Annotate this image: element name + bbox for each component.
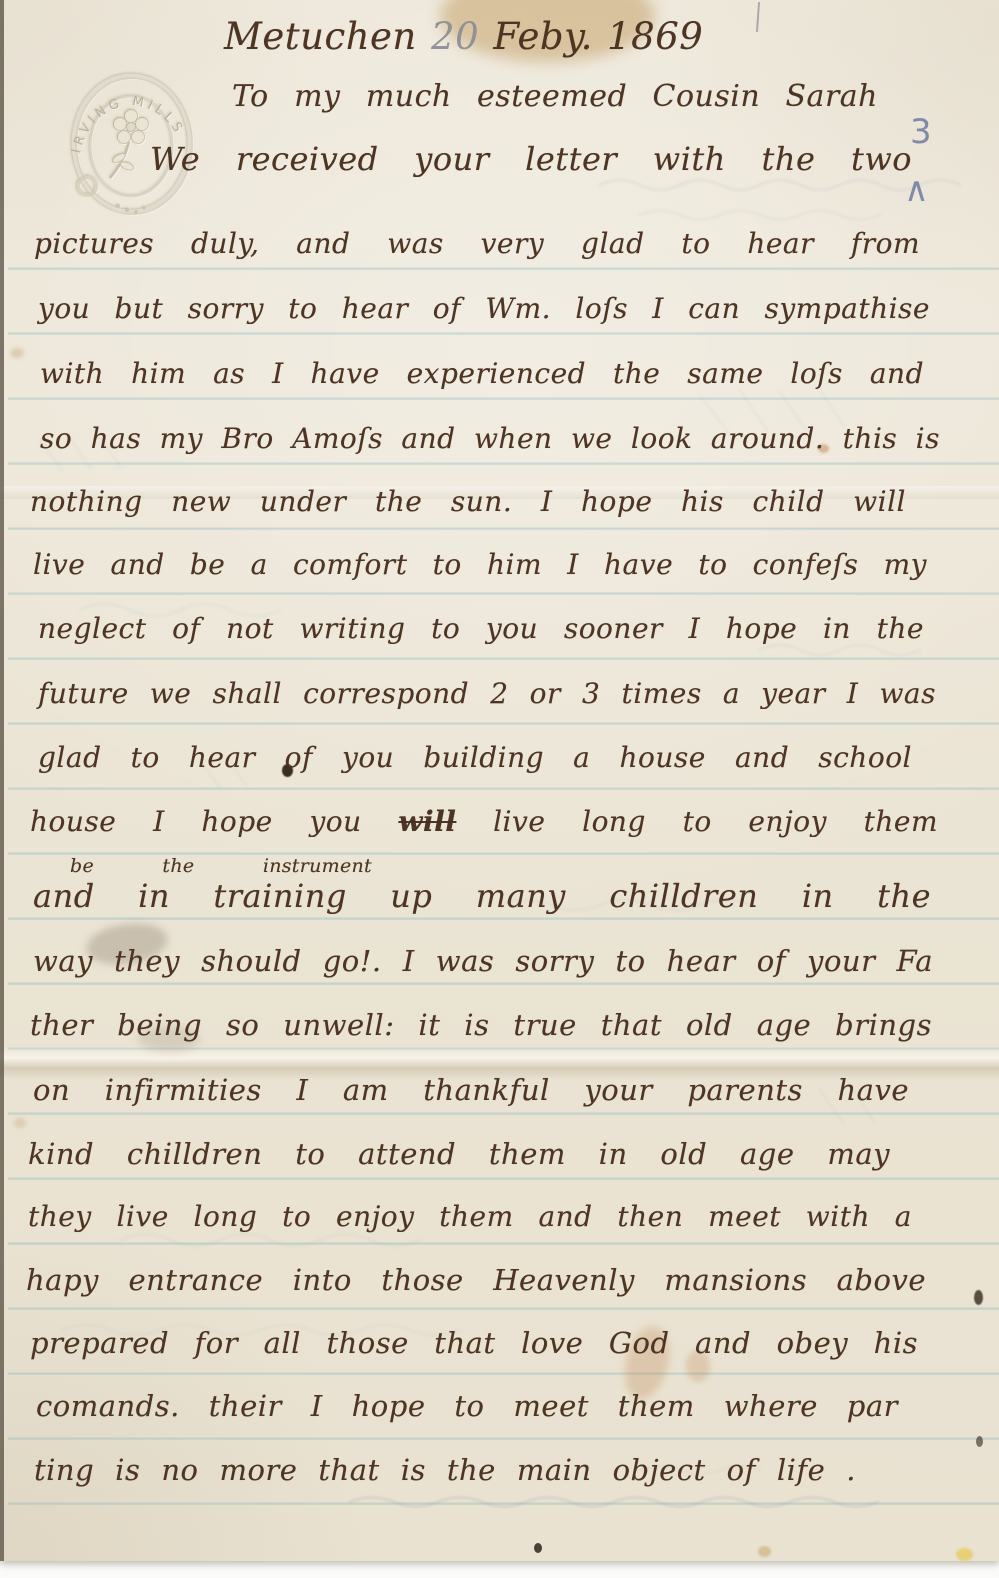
- letter-line: comands. their I hope to meet them where…: [36, 1390, 898, 1423]
- letter-line: way they should go!. I was sorry to hear…: [33, 945, 933, 978]
- letter-line: kind chilldren to attend them in old age…: [28, 1138, 890, 1171]
- letter-line: on infirmities I am thankful your parent…: [33, 1074, 909, 1107]
- letter-line: ting is no more that is the main object …: [34, 1454, 856, 1487]
- foxing-spot: [10, 348, 24, 358]
- paper-left-edge: [0, 0, 4, 1561]
- foxing-spot: [758, 1546, 771, 1557]
- letter-line: hapy entrance into those Heavenly mansio…: [26, 1264, 926, 1297]
- letter-line: future we shall correspond 2 or 3 times …: [38, 678, 936, 710]
- letter-line: so has my Bro Amoſs and when we look aro…: [40, 423, 940, 455]
- letter-line: they live long to enjoy them and then me…: [28, 1201, 912, 1233]
- wax-spot: [956, 1548, 973, 1561]
- line-text: house I hope you: [30, 805, 398, 838]
- letter-line: prepared for all those that love God and…: [30, 1327, 918, 1360]
- letter-line: you but sorry to hear of Wm. loſs I can …: [38, 293, 930, 325]
- date-text: Feby. 1869: [493, 15, 703, 58]
- letter-line: with him as I have experienced the same …: [40, 358, 924, 390]
- ink-speck: [976, 1436, 983, 1447]
- letter-line: neglect of not writing to you sooner I h…: [38, 613, 924, 645]
- letter-line: live and be a comfort to him I have to c…: [33, 549, 927, 581]
- letter-line: and in training up many chilldren in the: [33, 878, 931, 915]
- salutation-line: To my much esteemed Cousin Sarah: [232, 80, 878, 115]
- letter-line: We received your letter with the two: [150, 141, 912, 178]
- place-name: Metuchen: [224, 15, 417, 58]
- pencil-page-number: 3: [910, 112, 932, 152]
- interline-insertion: be the instrument: [70, 856, 372, 878]
- scanned-letter: IRVING MILLS 3 ∧ M: [0, 0, 999, 1578]
- seal-flower-icon: [110, 110, 149, 179]
- letter-line: ther being so unwell: it is true that ol…: [30, 1009, 932, 1042]
- letter-line: glad to hear of you building a house and…: [38, 742, 912, 774]
- pencil-day-number: 20: [431, 15, 479, 58]
- line-text: live long to enjoy them: [456, 805, 938, 838]
- foxing-spot: [14, 1118, 26, 1128]
- embossed-seal: IRVING MILLS: [56, 56, 206, 221]
- letter-paper: IRVING MILLS 3 ∧ M: [0, 0, 999, 1561]
- letter-line: nothing new under the sun. I hope his ch…: [30, 486, 906, 518]
- ink-speck: [534, 1543, 542, 1553]
- dateline: Metuchen 20 Feby. 1869: [224, 16, 846, 59]
- letter-line: pictures duly, and was very glad to hear…: [34, 228, 920, 260]
- ink-speck: [974, 1290, 983, 1305]
- struck-word: will: [398, 805, 456, 838]
- letter-line-with-strikeout: house I hope you will live long to enjoy…: [30, 806, 938, 838]
